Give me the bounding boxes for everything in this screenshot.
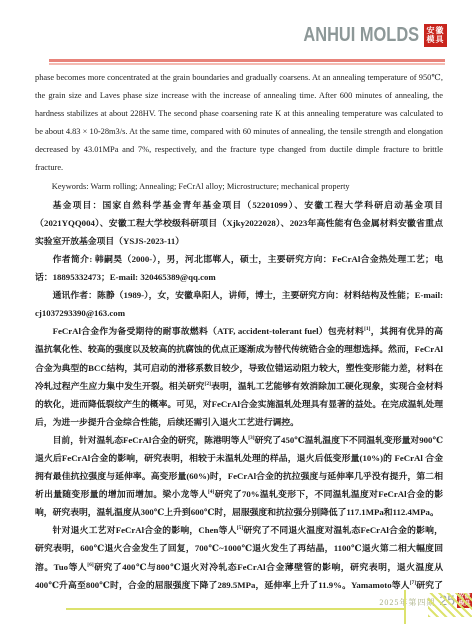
header-divider-dark-line bbox=[49, 59, 445, 62]
body-p3-text-1: 针对退火工艺对FeCrAl合金的影响，Chen等人 bbox=[53, 525, 237, 535]
author-bio-paragraph: 作者简介: 韩嗣昊（2000-），男，河北邯郸人，硕士，主要研究方向：FeCrA… bbox=[35, 250, 443, 286]
page-header: ANHUI MOLDS 安徽 模具 bbox=[0, 24, 447, 47]
footer-vertical-rule bbox=[404, 590, 406, 624]
corresponding-author-paragraph: 通讯作者：陈静（1989-），女，安徽阜阳人，讲师，博士，主要研究方向：材料结构… bbox=[35, 286, 443, 322]
brand-seal-icon: 安徽 模具 bbox=[424, 24, 447, 47]
header-divider bbox=[49, 59, 445, 65]
header-divider-light-line bbox=[49, 63, 445, 65]
seal-row-2: 模具 bbox=[427, 36, 445, 44]
article-body: phase becomes more concentrated at the g… bbox=[35, 69, 443, 597]
body-paragraph-1: FeCrAl合金作为备受期待的耐事故燃料（ATF, accident-toler… bbox=[35, 322, 443, 431]
body-paragraph-3: 针对退火工艺对FeCrAl合金的影响，Chen等人[5]研究了不同退火温度对温轧… bbox=[35, 521, 443, 597]
keywords-line: Keywords: Warm rolling; Annealing; FeCrA… bbox=[35, 178, 443, 196]
funding-paragraph: 基金项目：国家自然科学基金青年基金项目（52201099）、安徽工程大学科研启动… bbox=[35, 196, 443, 250]
abstract-english-paragraph: phase becomes more concentrated at the g… bbox=[35, 69, 443, 178]
page-footer: 2025年第四期 25 安徽 模具 bbox=[0, 592, 472, 637]
body-p3-text-3: 研究了400℃与800℃退火对冷轧态FeCrAl合金薄壁管的影响，研究表明，退火… bbox=[35, 562, 443, 590]
body-p2-text-1: 目前，针对温轧态FeCrAl合金的研究，陈港明等人 bbox=[53, 435, 249, 445]
body-paragraph-2: 目前，针对温轧态FeCrAl合金的研究，陈港明等人[3]研究了450℃温轧温度下… bbox=[35, 431, 443, 521]
journal-page: ANHUI MOLDS 安徽 模具 phase becomes more con… bbox=[0, 0, 472, 637]
journal-brand-title: ANHUI MOLDS bbox=[303, 24, 419, 47]
footer-horizontal-rule bbox=[66, 608, 404, 610]
footer-hatch-decoration bbox=[428, 593, 472, 617]
body-p1-text-1: FeCrAl合金作为备受期待的耐事故燃料（ATF, accident-toler… bbox=[53, 326, 364, 336]
